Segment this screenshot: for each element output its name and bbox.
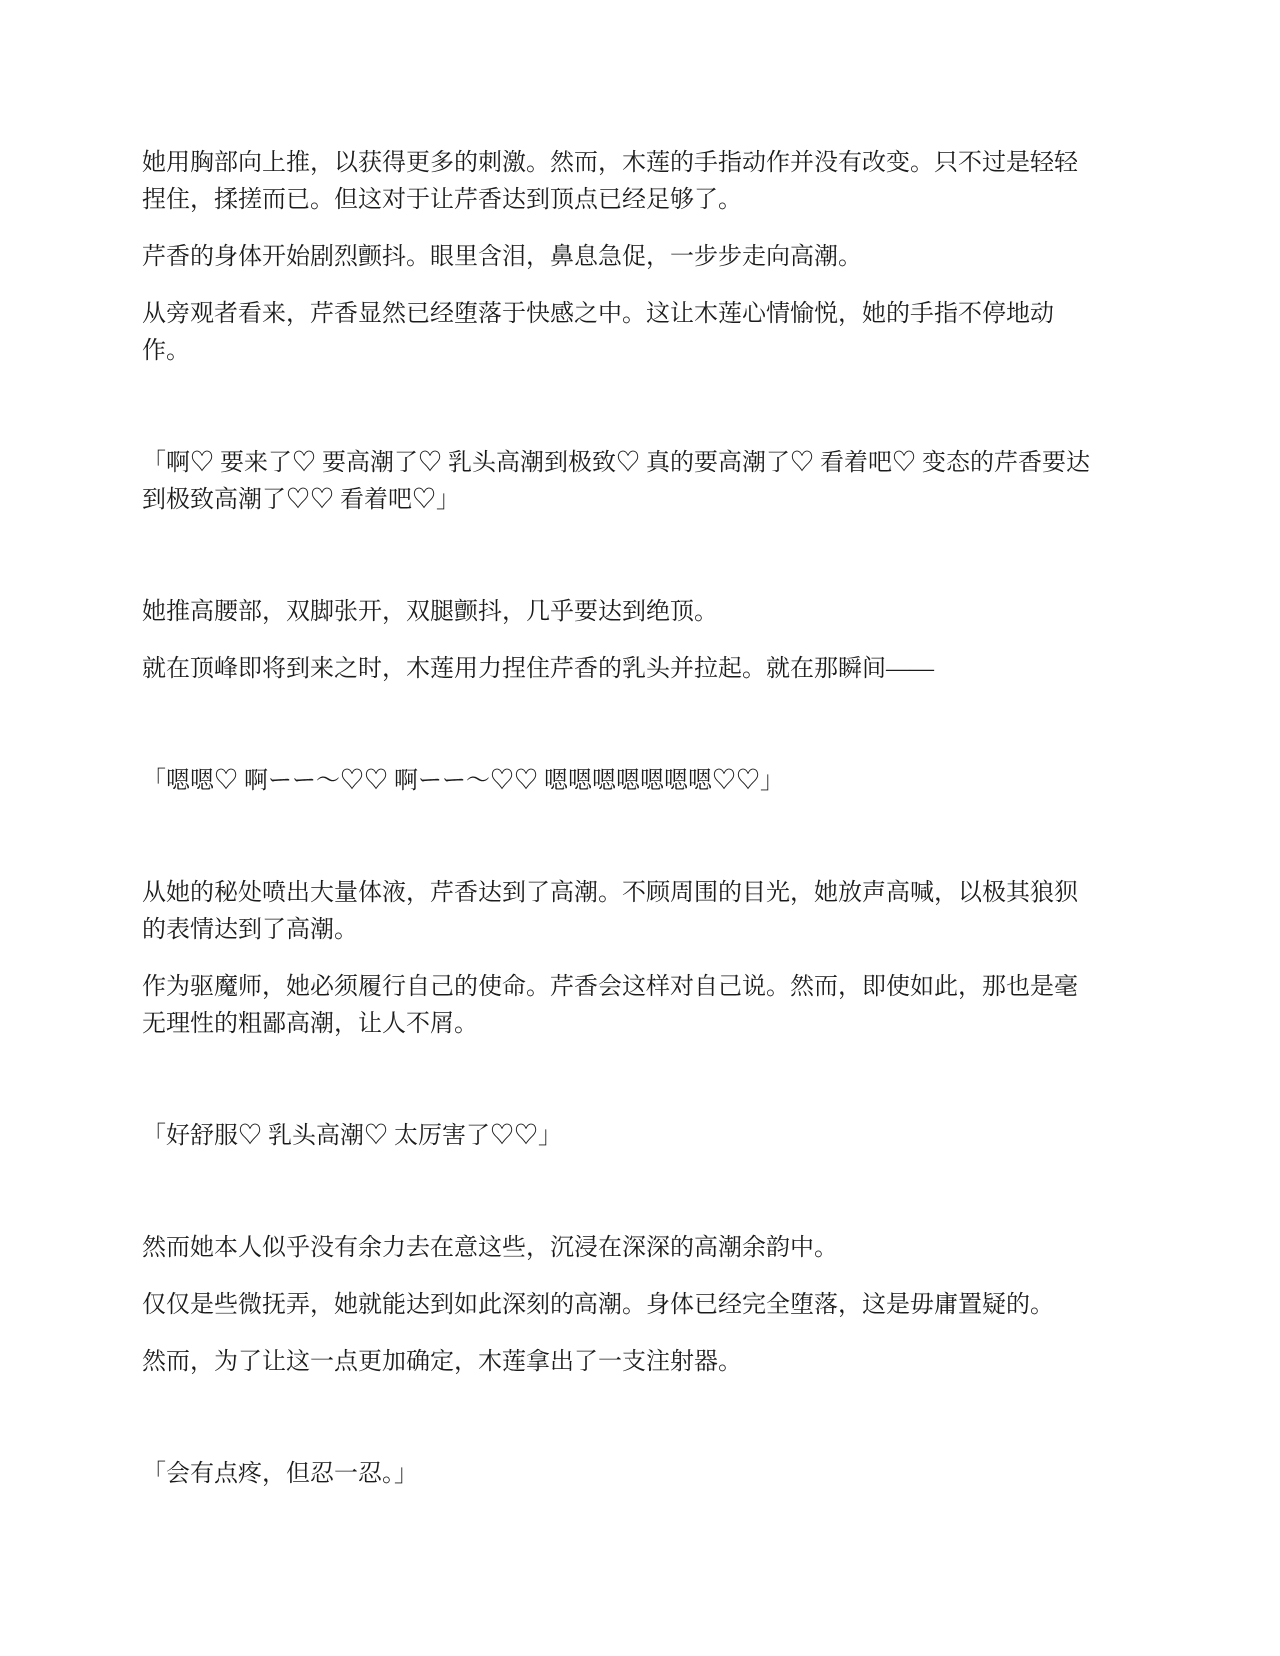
paragraph: 她推高腰部，双脚张开，双腿颤抖，几乎要达到绝顶。 xyxy=(142,594,1090,631)
paragraph: 然而，为了让这一点更加确定，木莲拿出了一支注射器。 xyxy=(142,1344,1090,1381)
paragraph: 从旁观者看来，芹香显然已经堕落于快感之中。这让木莲心情愉悦，她的手指不停地动作。 xyxy=(142,296,1090,370)
document-page: 她用胸部向上推，以获得更多的刺激。然而，木莲的手指动作并没有改变。只不过是轻轻捏… xyxy=(0,0,1280,1656)
paragraph: 芹香的身体开始剧烈颤抖。眼里含泪，鼻息急促，一步步走向高潮。 xyxy=(142,239,1090,276)
paragraph: 就在顶峰即将到来之时，木莲用力捏住芹香的乳头并拉起。就在那瞬间—— xyxy=(142,651,1090,688)
paragraph: 从她的秘处喷出大量体液，芹香达到了高潮。不顾周围的目光，她放声高喊，以极其狼狈的… xyxy=(142,875,1090,949)
dialogue-line: 「好舒服♡ 乳头高潮♡ 太厉害了♡♡」 xyxy=(142,1118,1090,1155)
document-viewport: { "page": { "background_color": "#ffffff… xyxy=(0,0,1280,1656)
paragraph: 她用胸部向上推，以获得更多的刺激。然而，木莲的手指动作并没有改变。只不过是轻轻捏… xyxy=(142,145,1090,219)
dialogue-line: 「会有点疼，但忍一忍。」 xyxy=(142,1456,1090,1493)
dialogue-line: 「啊♡ 要来了♡ 要高潮了♡ 乳头高潮到极致♡ 真的要高潮了♡ 看着吧♡ 变态的… xyxy=(142,445,1090,519)
paragraph: 然而她本人似乎没有余力去在意这些，沉浸在深深的高潮余韵中。 xyxy=(142,1230,1090,1267)
paragraph: 作为驱魔师，她必须履行自己的使命。芹香会这样对自己说。然而，即使如此，那也是毫无… xyxy=(142,969,1090,1043)
paragraph: 仅仅是些微抚弄，她就能达到如此深刻的高潮。身体已经完全堕落，这是毋庸置疑的。 xyxy=(142,1287,1090,1324)
dialogue-line: 「嗯嗯♡ 啊ーー～♡♡ 啊ーー～♡♡ 嗯嗯嗯嗯嗯嗯嗯♡♡」 xyxy=(142,763,1090,800)
